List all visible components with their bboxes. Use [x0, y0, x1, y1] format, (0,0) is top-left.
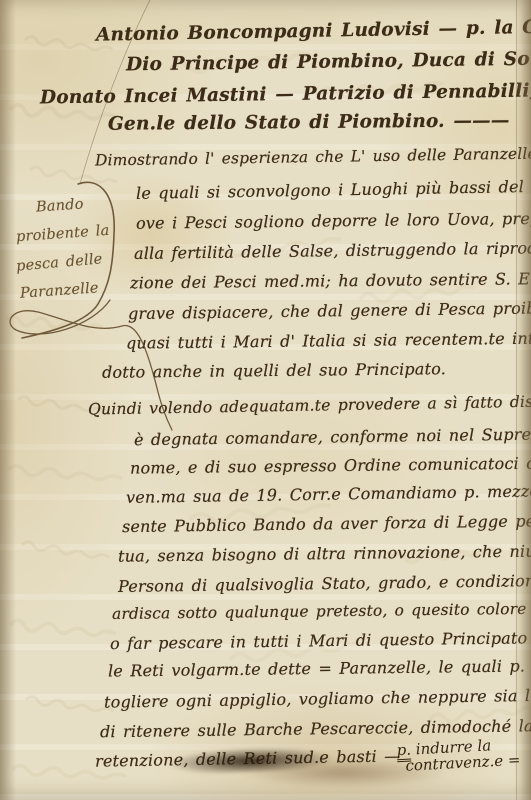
manuscript-page: Antonio Boncompagni Ludovisi — p. la Gra…: [0, 0, 531, 800]
body-line: quasi tutti i Mari d' Italia si sia rece…: [126, 328, 531, 352]
body-line: nome, e di suo espresso Ordine comunicat…: [130, 453, 531, 477]
margin-note-line: proibente la: [16, 223, 110, 245]
insertion-note: p. indurre la contravenz.e =: [396, 735, 521, 775]
margin-note-line: pesca delle: [15, 251, 103, 274]
body-line: o far pescare in tutti i Mari di questo …: [110, 628, 531, 653]
body-line: dotto anche in quelli del suo Principato…: [102, 359, 446, 382]
page-left-edge-shadow: [0, 0, 16, 800]
margin-note-line: Paranzelle: [20, 280, 100, 301]
body-line: ven.ma sua de 19. Corr.e Comandiamo p. m…: [126, 480, 531, 507]
page-right-crease: [516, 0, 517, 800]
body-line: tua, senza bisogno di altra rinnovazione…: [118, 541, 531, 565]
body-line: le Reti volgarm.te dette = Paranzelle, l…: [108, 656, 525, 680]
body-line: ove i Pesci sogliono deporre le loro Uov…: [136, 208, 531, 233]
header-line: Dio Principe di Piombino, Duca di Sora f…: [126, 48, 531, 76]
header-line: Gen.le dello Stato di Piombino. ———: [108, 110, 510, 135]
body-line: Dimostrando l' esperienza che L' uso del…: [95, 143, 531, 170]
body-line: grave dispiacere, che dal genere di Pesc…: [128, 298, 531, 323]
margin-note-line: Bando: [35, 196, 84, 215]
header-line: Donato Incei Mastini — Patrizio di Penna…: [40, 79, 531, 109]
body-line: alla fertilità delle Salse, distruggendo…: [134, 238, 531, 263]
body-line: Persona di qualsivoglia Stato, grado, e …: [118, 571, 531, 596]
body-line: è degnata comandare, conforme noi nel Su…: [134, 424, 531, 449]
body-line: togliere ogni appiglio, vogliamo che nep…: [104, 685, 531, 711]
body-line: ardisca sotto qualunque pretesto, o ques…: [112, 599, 531, 623]
body-line: sente Pubblico Bando da aver forza di Le…: [122, 511, 531, 536]
body-line: zione dei Pesci med.mi; ha dovuto sentir…: [130, 269, 531, 293]
body-line: Quindi volendo adequatam.te provedere a …: [88, 391, 531, 418]
body-line: le quali si sconvolgono i Luoghi più bas…: [136, 176, 531, 203]
header-line: Antonio Boncompagni Ludovisi — p. la Gra…: [96, 15, 531, 45]
